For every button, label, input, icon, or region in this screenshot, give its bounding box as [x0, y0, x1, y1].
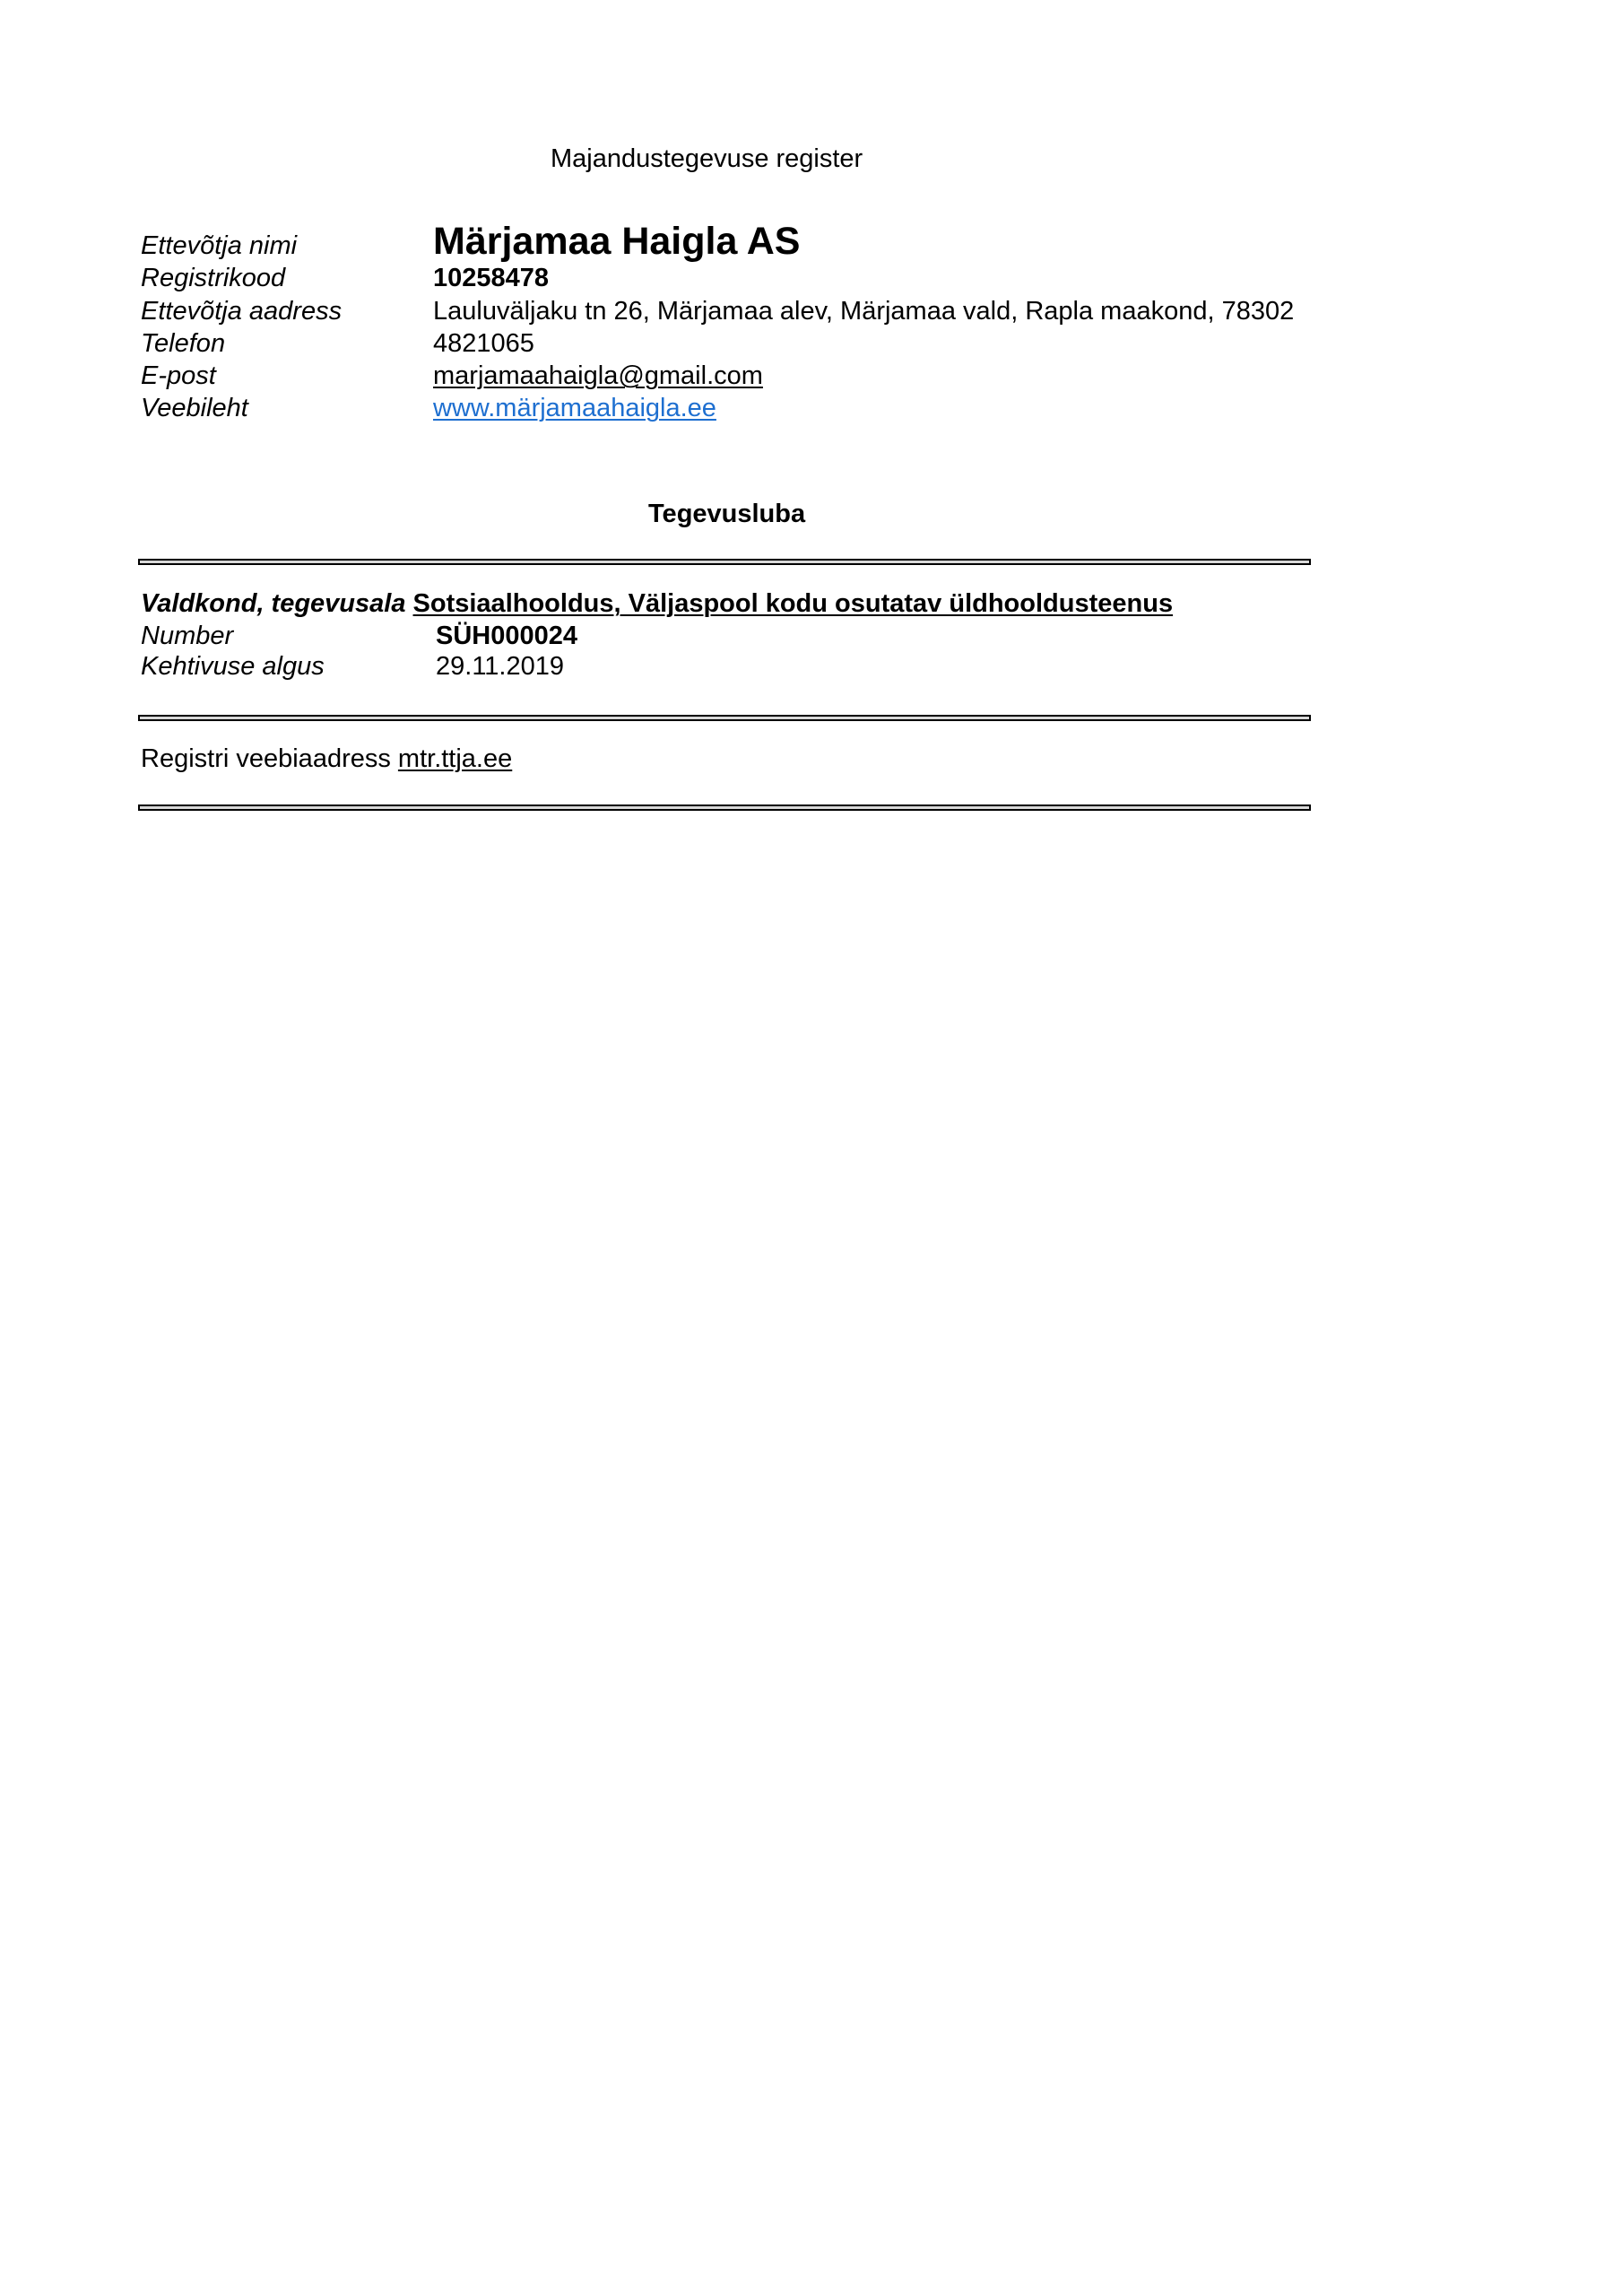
- register-title: Majandustegevuse register: [551, 146, 863, 172]
- email-link[interactable]: marjamaahaigla@gmail.com: [433, 363, 763, 389]
- license-field-row: Valdkond, tegevusala Sotsiaalhooldus, Vä…: [141, 591, 1173, 617]
- license-field-value: Sotsiaalhooldus, Väljaspool kodu osutata…: [413, 589, 1174, 618]
- reg-code-label: Registrikood: [141, 265, 285, 291]
- website-link[interactable]: www.märjamaahaigla.ee: [433, 396, 716, 422]
- company-name-label: Ettevõtja nimi: [141, 233, 297, 259]
- registry-web-row: Registri veebiaadress mtr.ttja.ee: [141, 746, 512, 772]
- license-heading: Tegevusluba: [648, 501, 805, 527]
- address-value: Lauluväljaku tn 26, Märjamaa alev, Märja…: [433, 299, 1294, 325]
- license-number-value: SÜH000024: [436, 623, 577, 649]
- divider-bottom: [138, 804, 1311, 811]
- license-number-label: Number: [141, 623, 233, 649]
- reg-code-value: 10258478: [433, 265, 549, 291]
- divider-top: [138, 559, 1311, 565]
- valid-from-label: Kehtivuse algus: [141, 654, 325, 680]
- website-label: Veebileht: [141, 396, 248, 422]
- registry-web-link[interactable]: mtr.ttja.ee: [398, 744, 512, 773]
- valid-from-value: 29.11.2019: [436, 654, 564, 680]
- phone-value: 4821065: [433, 331, 534, 357]
- company-name: Märjamaa Haigla AS: [433, 222, 800, 261]
- license-field-label: Valdkond, tegevusala: [141, 589, 405, 618]
- address-label: Ettevõtja aadress: [141, 299, 342, 325]
- phone-label: Telefon: [141, 331, 225, 357]
- divider-middle: [138, 715, 1311, 721]
- registry-web-label: Registri veebiaadress: [141, 744, 391, 773]
- email-label: E-post: [141, 363, 216, 389]
